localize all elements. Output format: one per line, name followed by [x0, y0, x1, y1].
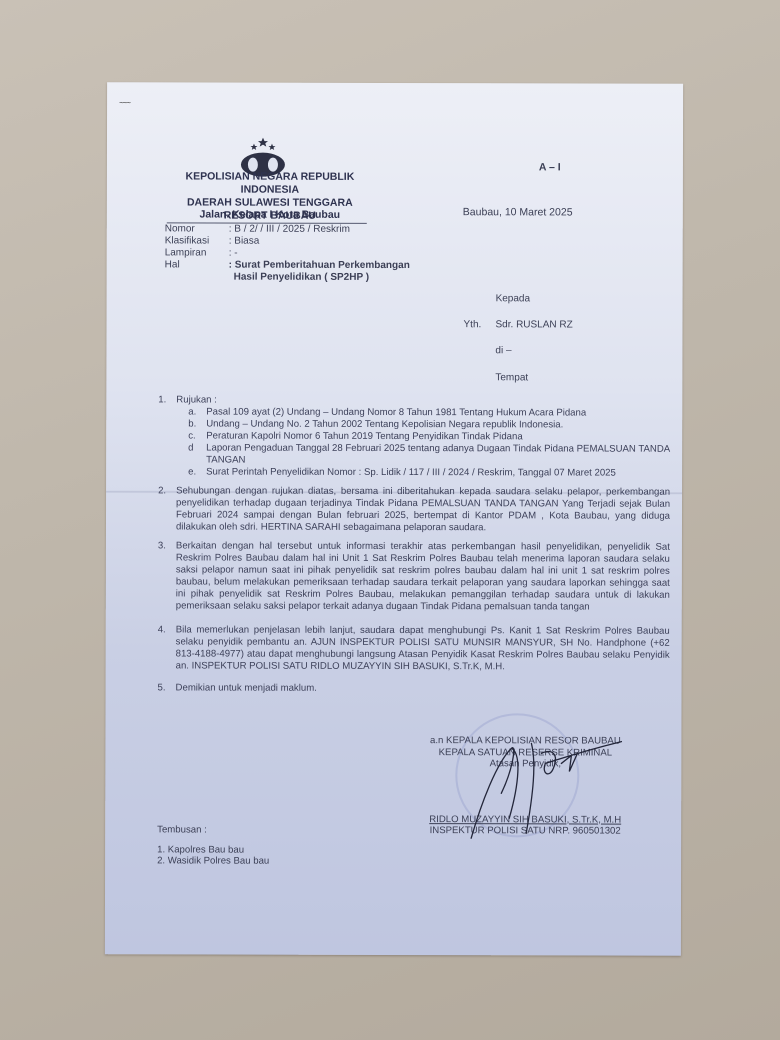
body-item-5: 5. Demikian untuk menjadi maklum.	[158, 682, 670, 695]
sub-letter: a.	[188, 406, 206, 418]
sub-text: Surat Perintah Penyelidikan Nomor : Sp. …	[206, 467, 616, 480]
nomor-label: Nomor	[165, 223, 229, 235]
sub-text: Undang – Undang No. 2 Tahun 2002 Tentang…	[206, 419, 563, 432]
letterhead-address: Jalan. Kelapa I Kota Baubau	[165, 208, 375, 221]
tembusan-item: 1. Kapolres Bau bau	[157, 844, 269, 856]
item-text: Berkaitan dengan hal tersebut untuk info…	[176, 540, 670, 613]
item-number: 1.	[158, 394, 176, 478]
item-number: 2.	[158, 485, 176, 533]
tembusan-block: Tembusan : 1. Kapolres Bau bau 2. Wasidi…	[157, 824, 269, 867]
recipient-name: Sdr. RUSLAN RZ	[495, 319, 572, 330]
sub-letter: d	[188, 442, 206, 466]
lampiran-value: : -	[229, 248, 410, 260]
klasifikasi-label: Klasifikasi	[165, 235, 229, 247]
handwritten-signature-icon	[441, 723, 641, 844]
recipient-tempat: Tempat	[495, 372, 528, 383]
sub-letter: b.	[188, 418, 206, 430]
item-text: Bila memerlukan penjelasan lebih lanjut,…	[176, 624, 670, 673]
sub-text: Pasal 109 ayat (2) Undang – Undang Nomor…	[206, 407, 586, 420]
recipient-di: di –	[495, 345, 511, 356]
recipient-yth: Yth.	[463, 319, 481, 330]
item-text: Sehubungan dengan rujukan diatas, bersam…	[176, 485, 670, 534]
sub-letter: c.	[188, 430, 206, 442]
rujukan-d: dLaporan Pengaduan Tanggal 28 Februari 2…	[188, 442, 670, 467]
sub-letter: e.	[188, 466, 206, 478]
tembusan-item: 2. Wasidik Polres Bau bau	[157, 855, 269, 867]
body-item-3: 3. Berkaitan dengan hal tersebut untuk i…	[158, 540, 670, 613]
letter-meta: Nomor: B / 2/ / III / 2025 / Reskrim Kla…	[165, 223, 410, 284]
letterhead-line-1: KEPOLISIAN NEGARA REPUBLIK INDONESIA	[165, 170, 375, 197]
body-item-2: 2. Sehubungan dengan rujukan diatas, ber…	[158, 485, 670, 534]
letter-body: 1. Rujukan : a.Pasal 109 ayat (2) Undang…	[158, 394, 671, 702]
sub-text: Laporan Pengaduan Tanggal 28 Februari 20…	[206, 443, 670, 468]
letter-document: ~~~ KEPOLISIAN NEGARA REPUBLIK INDONESIA…	[105, 82, 683, 956]
item-text: Rujukan : a.Pasal 109 ayat (2) Undang – …	[176, 394, 670, 479]
hal-value-line-2: Hasil Penyelidikan ( SP2HP )	[229, 272, 410, 284]
lampiran-label: Lampiran	[165, 247, 229, 259]
handwritten-mark: ~~~	[119, 98, 130, 107]
tembusan-heading: Tembusan :	[157, 824, 269, 836]
nomor-value: : B / 2/ / III / 2025 / Reskrim	[229, 224, 410, 236]
hal-value: : Surat Pemberitahuan PerkembanganHasil …	[229, 260, 410, 284]
item-number: 3.	[158, 540, 176, 612]
recipient-kepada: Kepada	[496, 293, 531, 304]
item-number: 5.	[158, 682, 176, 694]
item-number: 4.	[158, 624, 176, 672]
hal-label: Hal	[165, 259, 229, 283]
place-date: Baubau, 10 Maret 2025	[463, 206, 573, 218]
form-code: A – I	[539, 161, 561, 173]
item-text: Demikian untuk menjadi maklum.	[176, 682, 670, 695]
klasifikasi-value: : Biasa	[229, 236, 410, 248]
hal-value-line-1: : Surat Pemberitahuan Perkembangan	[229, 260, 410, 272]
body-item-1: 1. Rujukan : a.Pasal 109 ayat (2) Undang…	[158, 394, 670, 479]
rujukan-e: e.Surat Perintah Penyelidikan Nomor : Sp…	[188, 466, 670, 479]
body-item-4: 4. Bila memerlukan penjelasan lebih lanj…	[158, 624, 670, 673]
sub-text: Peraturan Kapolri Nomor 6 Tahun 2019 Ten…	[206, 431, 522, 444]
